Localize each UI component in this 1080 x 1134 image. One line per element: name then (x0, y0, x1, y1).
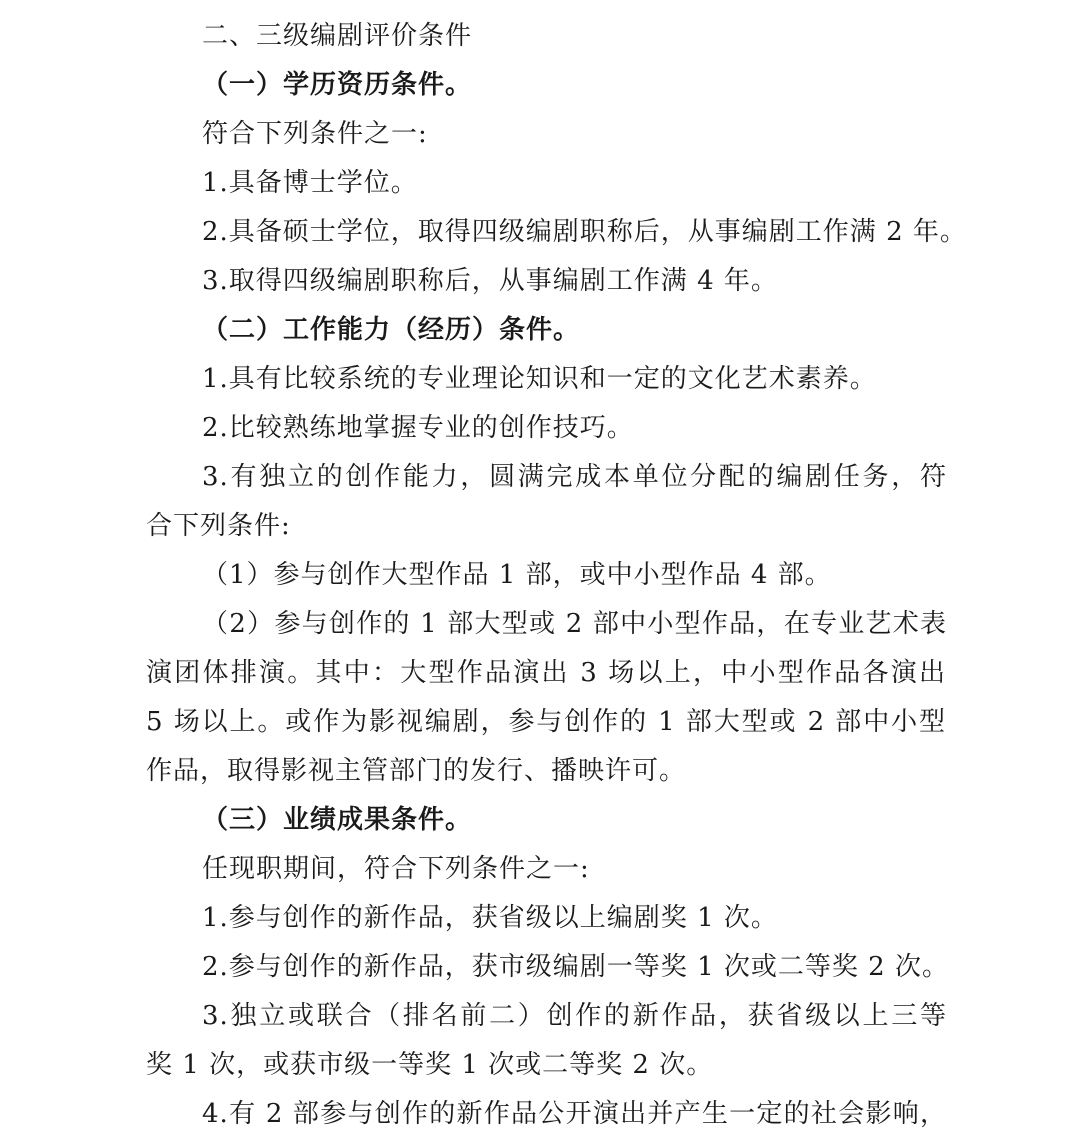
list-item: 2.参与创作的新作品，获市级编剧一等奖 1 次或二等奖 2 次。 (202, 951, 1002, 983)
list-item-continuation: 奖 1 次，或获市级一等奖 1 次或二等奖 2 次。 (146, 1049, 946, 1081)
section-title-achievements: （三）业绩成果条件。 (202, 804, 1002, 836)
section-title-ability: （二）工作能力（经历）条件。 (202, 314, 1002, 346)
list-item: 1.参与创作的新作品，获省级以上编剧奖 1 次。 (202, 902, 1002, 934)
sub-list-item-continuation: 作品，取得影视主管部门的发行、播映许可。 (146, 755, 946, 787)
sub-list-item-continuation: 5 场以上。或作为影视编剧，参与创作的 1 部大型或 2 部中小型 (146, 706, 946, 738)
list-item: 3.有独立的创作能力，圆满完成本单位分配的编剧任务，符 (202, 461, 947, 493)
sub-list-item-continuation: 演团体排演。其中：大型作品演出 3 场以上，中小型作品各演出 (146, 657, 946, 689)
section-intro: 符合下列条件之一: (202, 118, 1002, 150)
section-intro: 任现职期间，符合下列条件之一: (202, 853, 1002, 885)
list-item: 1.具备博士学位。 (202, 167, 1002, 199)
list-item: 4.有 2 部参与创作的新作品公开演出并产生一定的社会影响， (202, 1098, 947, 1130)
section-title-qualifications: （一）学历资历条件。 (202, 69, 1002, 101)
list-item: 1.具有比较系统的专业理论知识和一定的文化艺术素养。 (202, 363, 1002, 395)
list-item: 2.具备硕士学位，取得四级编剧职称后，从事编剧工作满 2 年。 (202, 216, 1002, 248)
list-item: 2.比较熟练地掌握专业的创作技巧。 (202, 412, 1002, 444)
list-item-continuation: 合下列条件: (146, 510, 946, 542)
sub-list-item: （1）参与创作大型作品 1 部，或中小型作品 4 部。 (202, 559, 1002, 591)
list-item: 3.取得四级编剧职称后，从事编剧工作满 4 年。 (202, 265, 1002, 297)
sub-list-item: （2）参与创作的 1 部大型或 2 部中小型作品，在专业艺术表 (202, 608, 947, 640)
document-page: 二、三级编剧评价条件 （一）学历资历条件。 符合下列条件之一: 1.具备博士学位… (0, 0, 1080, 1134)
list-item: 3.独立或联合（排名前二）创作的新作品，获省级以上三等 (202, 1000, 947, 1032)
document-heading: 二、三级编剧评价条件 (202, 20, 1002, 52)
